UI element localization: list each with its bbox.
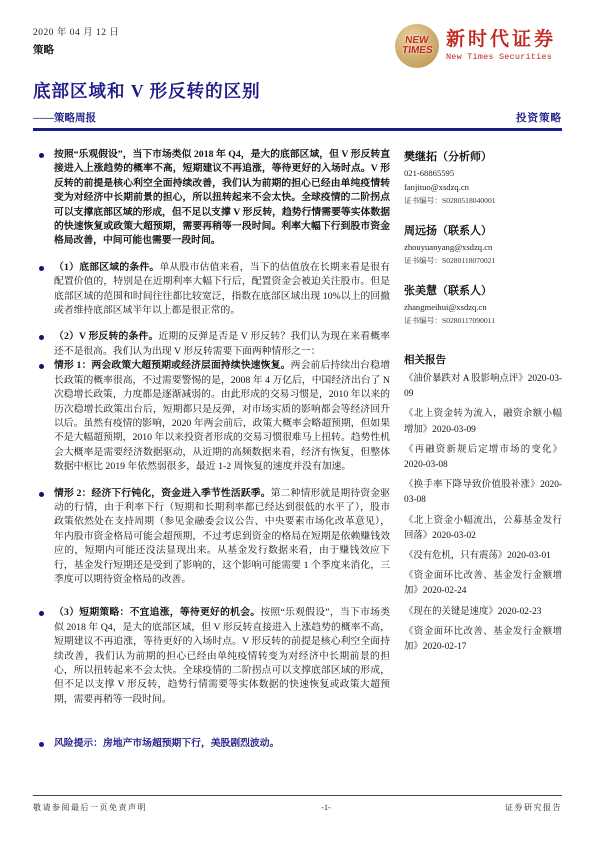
page-header: 2020 年 04 月 12 日 策略 NEW TIMES 新时代证券 New … <box>33 24 562 68</box>
bullet-icon <box>39 492 44 497</box>
analyst-email: fanjituo@xsdzq.cn <box>404 182 562 192</box>
bullet-lead: （2）V 形反转的条件。 <box>54 331 158 342</box>
bullet-text: 按照“乐观假设”，当下市场类似 2018 年 Q4，是大的底部区域，但 V 形反… <box>54 607 390 704</box>
risk-warning-text: 风险提示：房地产市场超预期下行，美股剧烈波动。 <box>54 738 279 749</box>
related-reports-heading: 相关报告 <box>404 352 562 367</box>
related-report-item: 《油价暴跌对 A 股影响点评》2020-03-09 <box>404 372 562 402</box>
report-page: 2020 年 04 月 12 日 策略 NEW TIMES 新时代证券 New … <box>0 0 595 842</box>
bullet-lead: 情形 1：两会政策大超预期或经济层面持续快速恢复。 <box>54 360 291 371</box>
related-report-item: 《没有危机，只有震荡》2020-03-01 <box>404 549 562 564</box>
brand-logo: NEW TIMES 新时代证券 New Times Securities <box>395 24 556 68</box>
contact-cert-number: 证书编号：S0280118070021 <box>404 255 562 266</box>
page-footer: 敬请参阅最后一页免责声明 -1- 证券研究报告 <box>33 795 562 813</box>
related-report-item: 《北上资金转为流入，融资余额小幅增加》2020-03-09 <box>404 407 562 437</box>
contact-card: 张美慧（联系人） zhangmeihui@xsdzq.cn 证书编号：S0280… <box>404 282 562 326</box>
summary-bullet-scenario-2: 情形 2：经济下行钝化，资金进入季节性活跃季。第二种情形就是期待资金驱动的行情，… <box>33 487 391 588</box>
footer-disclaimer: 敬请参阅最后一页免责声明 <box>33 802 147 813</box>
related-report-item: 《资金面环比改善、基金发行金额增加》2020-02-17 <box>404 625 562 655</box>
bullet-icon <box>39 611 44 616</box>
contact-name: 张美慧（联系人） <box>404 282 562 298</box>
contact-name: 周远扬（联系人） <box>404 222 562 238</box>
report-category: 策略 <box>33 42 119 57</box>
report-subtitle: ——策略周报 <box>33 110 96 125</box>
page-title: 底部区域和 V 形反转的区别 <box>33 78 562 103</box>
report-date: 2020 年 04 月 12 日 <box>33 24 119 38</box>
contact-email: zhouyuanyang@xsdzq.cn <box>404 242 562 252</box>
info-sidebar: 樊继拓（分析师） 021-68865595 fanjituo@xsdzq.cn … <box>404 148 562 752</box>
related-report-item: 《北上资金小幅流出，公募基金发行回落》2020-03-02 <box>404 514 562 544</box>
bullet-text: 第二种情形就是期待资金驱动的行情，由于利率下行（短期和长期利率都已经达到很低的水… <box>54 488 390 585</box>
brand-names: 新时代证券 New Times Securities <box>446 30 556 62</box>
bullet-icon <box>39 266 44 271</box>
summary-bullet-overview: 按照“乐观假设”，当下市场类似 2018 年 Q4，是大的底部区域，但 V 形反… <box>33 148 391 249</box>
bullet-icon <box>39 335 44 340</box>
bullet-lead: 情形 2：经济下行钝化，资金进入季节性活跃季。 <box>54 488 271 499</box>
bullet-lead: 按照“乐观假设”，当下市场类似 2018 年 Q4，是大的底部区域，但 V 形反… <box>54 149 390 246</box>
risk-warning: 风险提示：房地产市场超预期下行，美股剧烈波动。 <box>33 737 391 751</box>
summary-bullet-bottom-zone: （1）底部区域的条件。单从股市估值来看，当下的估值放在长期来看是很有配置价值的，… <box>33 261 391 319</box>
related-report-item: 《换手率下降导致价值股补涨》2020-03-08 <box>404 478 562 508</box>
logo-text-line2: TIMES <box>401 46 433 56</box>
summary-bullet-short-term: （3）短期策略：不宜追涨，等待更好的机会。按照“乐观假设”，当下市场类似 201… <box>33 606 391 707</box>
summary-bullet-v-reversal: （2）V 形反转的条件。近期的反弹是否是 V 形反转？我们认为现在来看概率还不是… <box>33 330 391 359</box>
contact-email: zhangmeihui@xsdzq.cn <box>404 302 562 312</box>
related-report-item: 《现在的关键是速度》2020-02-23 <box>404 605 562 620</box>
analyst-cert-number: 证书编号：S0280518040001 <box>404 195 562 206</box>
brand-name-cn: 新时代证券 <box>446 30 556 50</box>
bullet-text: 两会前后持续出台稳增长政策的概率很高，不过需要警惕的是，2008 年 4 万亿后… <box>54 360 390 472</box>
section-tag: 投资策略 <box>516 110 562 125</box>
bullet-icon <box>39 364 44 369</box>
new-times-logo-icon: NEW TIMES <box>395 24 439 68</box>
brand-name-en: New Times Securities <box>446 52 556 62</box>
bullet-icon <box>39 153 44 158</box>
analyst-card: 樊继拓（分析师） 021-68865595 fanjituo@xsdzq.cn … <box>404 148 562 206</box>
contact-cert-number: 证书编号：S0280117090011 <box>404 315 562 326</box>
bullet-lead: （1）底部区域的条件。 <box>54 262 159 273</box>
analyst-name: 樊继拓（分析师） <box>404 148 562 164</box>
contact-card: 周远扬（联系人） zhouyuanyang@xsdzq.cn 证书编号：S028… <box>404 222 562 266</box>
summary-bullet-scenario-1: 情形 1：两会政策大超预期或经济层面持续快速恢复。两会前后持续出台稳增长政策的概… <box>33 359 391 474</box>
bullet-lead: （3）短期策略：不宜追涨，等待更好的机会。 <box>54 607 260 618</box>
page-number: -1- <box>321 803 330 812</box>
content-columns: 按照“乐观假设”，当下市场类似 2018 年 Q4，是大的底部区域，但 V 形反… <box>33 148 562 752</box>
analyst-phone: 021-68865595 <box>404 168 562 178</box>
related-report-item: 《资金面环比改善、基金发行金额增加》2020-02-24 <box>404 569 562 599</box>
related-report-item: 《再融资新规后定增市场的变化》2020-03-08 <box>404 443 562 473</box>
subtitle-row: ——策略周报 投资策略 <box>33 110 562 131</box>
footer-report-type: 证券研究报告 <box>505 802 562 813</box>
summary-column: 按照“乐观假设”，当下市场类似 2018 年 Q4，是大的底部区域，但 V 形反… <box>33 148 391 752</box>
header-meta: 2020 年 04 月 12 日 策略 <box>33 24 119 57</box>
bullet-icon <box>39 742 44 747</box>
